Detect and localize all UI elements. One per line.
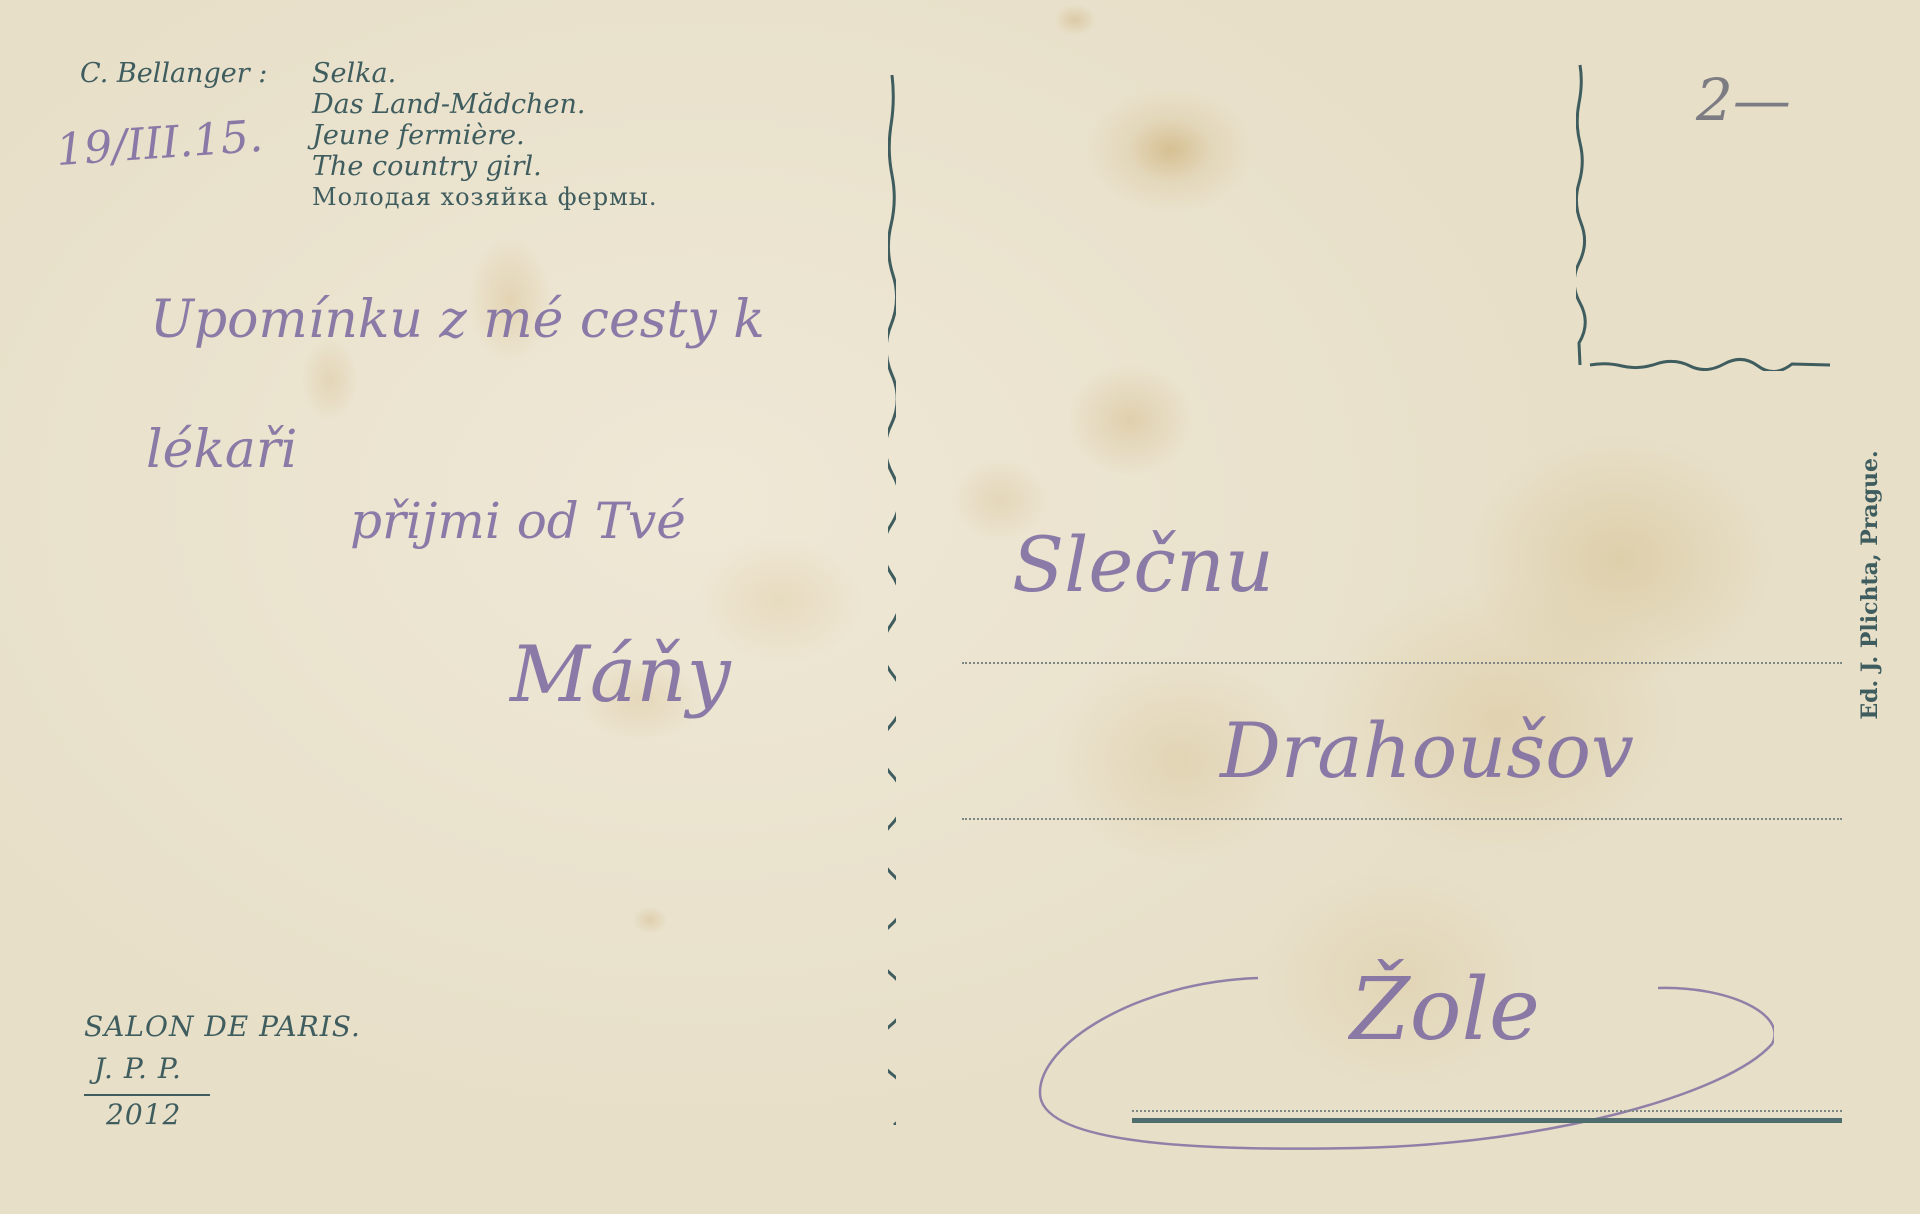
handwritten-date: 19/III.15. (54, 111, 264, 176)
center-divider (888, 75, 896, 1125)
address-dotted-line-3 (1132, 1110, 1842, 1112)
series-monogram: J. P. P. (94, 1052, 182, 1085)
postcard-reverse: C. Bellanger : Selka. Das Land-Mădchen. … (0, 0, 1920, 1214)
title-french: Jeune fermière. (312, 120, 657, 151)
address-solid-line (1132, 1118, 1842, 1123)
publisher-text: Ed. J. Plichta, Prague. (1857, 450, 1883, 719)
message-signature: Máňy (510, 630, 731, 720)
message-line-2: lékaři (146, 420, 297, 480)
title-german: Das Land-Mădchen. (312, 89, 657, 120)
publisher-imprint: Ed. J. Plichta, Prague. (1844, 420, 1896, 750)
message-line-3: přijmi od Tvé (350, 492, 686, 550)
series-rule (84, 1094, 210, 1096)
address-dotted-line-2 (962, 818, 1842, 820)
address-dotted-line-1 (962, 662, 1842, 664)
title-russian: Молодая хозяйка фермы. (312, 182, 657, 213)
handwritten-oval (1028, 974, 1774, 1154)
series-title: SALON DE PARIS. (84, 1010, 361, 1043)
caption-titles: Selka. Das Land-Mădchen. Jeune fermière.… (312, 58, 657, 213)
pencil-price-note: 2— (1696, 66, 1791, 134)
address-line-1: Slečnu (1012, 520, 1274, 609)
address-line-2: Drahoušov (1220, 706, 1634, 795)
title-english: The country girl. (312, 151, 657, 182)
series-number: 2012 (106, 1098, 181, 1131)
title-czech: Selka. (312, 58, 657, 89)
message-line-1: Upomínku z mé cesty k (150, 290, 765, 350)
artist-credit: C. Bellanger : (80, 58, 267, 89)
